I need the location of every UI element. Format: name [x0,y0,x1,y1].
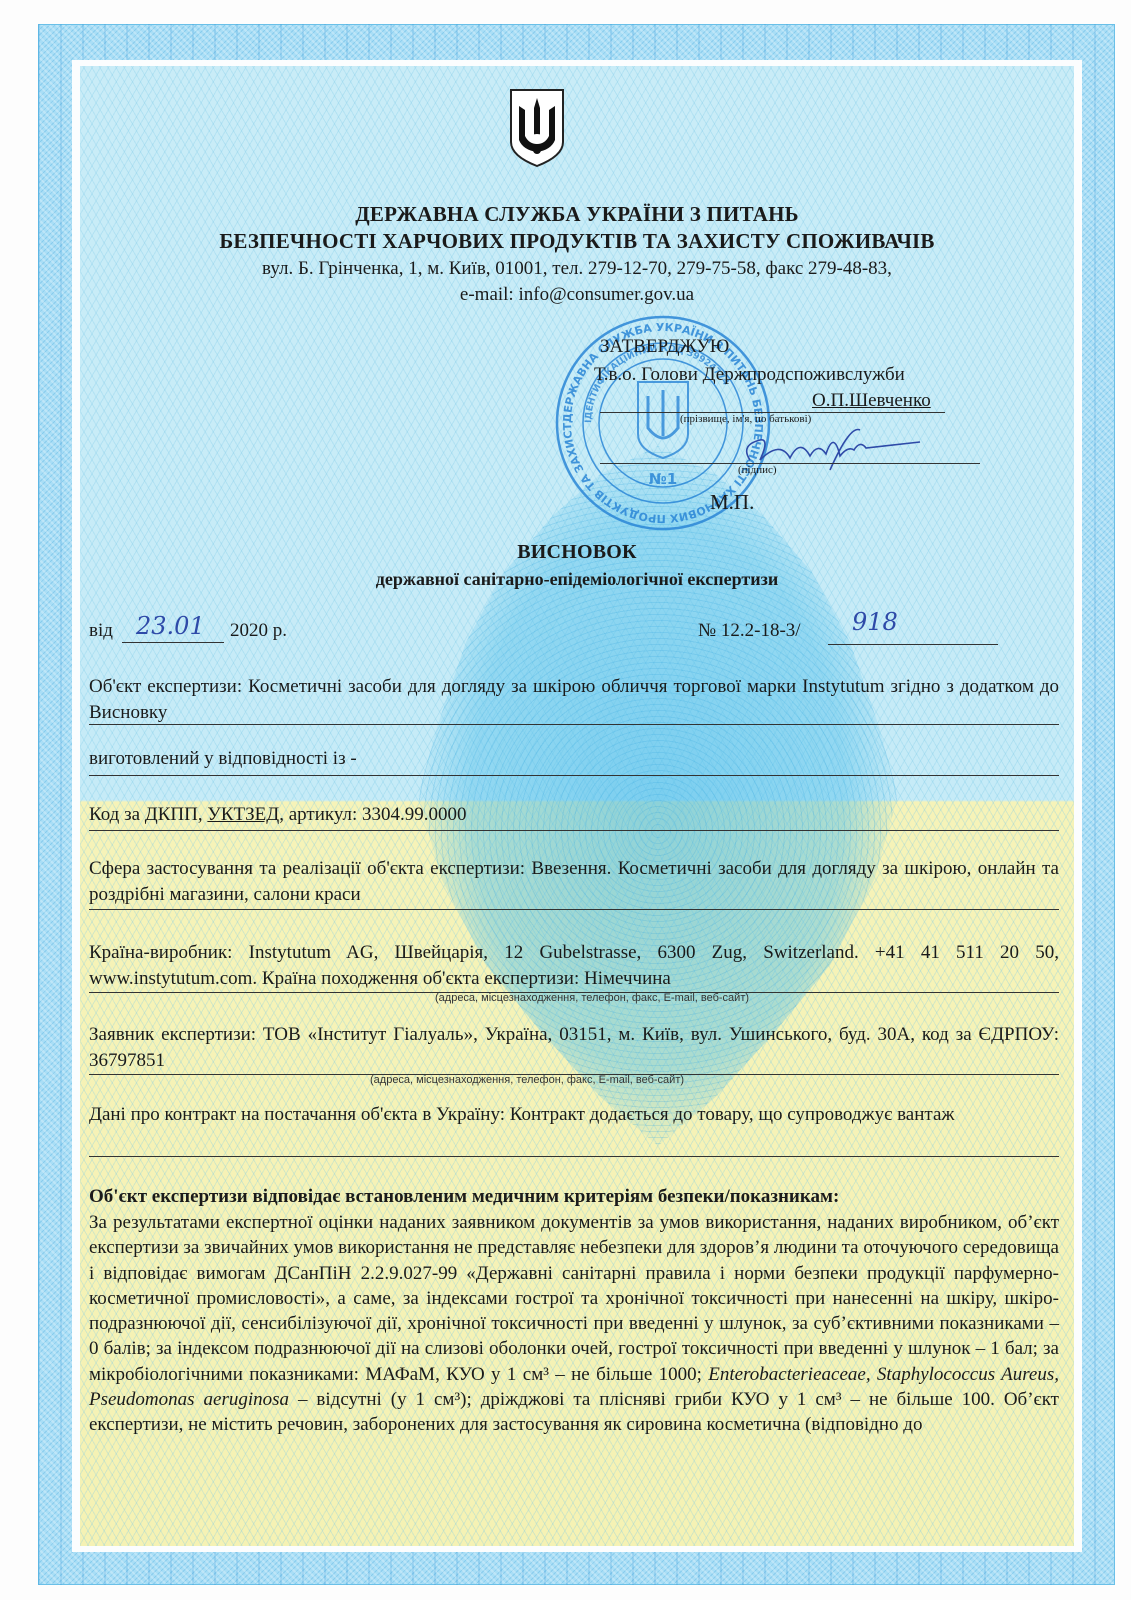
manufacturer-caption: (адреса, місцезнаходження, телефон, факс… [435,992,749,1004]
field-manufacturer: Країна-виробник: Instytutum AG, Швейцарі… [89,940,1059,992]
rule [89,1156,1059,1157]
seal-label: М.П. [710,490,754,515]
code-prefix: Код за ДКПП, [89,804,207,825]
field-object: Об'єкт експертизи: Косметичні засоби для… [89,674,1059,726]
rule [89,830,1059,831]
number-prefix: № 12.2-18-3/ [698,620,801,642]
org-name-line1: ДЕРЖАВНА СЛУЖБА УКРАЇНИ З ПИТАНЬ [80,202,1074,227]
rule [89,909,1059,910]
conclusion-heading: Об'єкт експертизи відповідає встановлени… [89,1186,839,1208]
number-handwritten: 918 [852,608,898,636]
field-code: Код за ДКПП, УКТЗЕД, артикул: 3304.99.00… [89,802,1059,828]
date-line [122,642,224,643]
rule [89,724,1059,725]
doc-title: ВИСНОВОК [80,541,1074,564]
approver-position: Т.в.о. Голови Держпродспоживслужби [594,364,905,386]
ukraine-trident-emblem-icon [507,86,567,170]
field-contract: Дані про контракт на постачання об'єкта … [89,1102,1059,1128]
approver-name: О.П.Шевченко [812,390,931,412]
date-prefix: від [89,620,113,642]
approve-label: ЗАТВЕРДЖУЮ [600,336,729,358]
doc-subtitle: державної санітарно-епідеміологічної екс… [80,569,1074,590]
rule [89,775,1059,776]
date-handwritten: 23.01 [136,612,205,640]
conclusion-text: За результатами експертної оцінки надани… [89,1212,1059,1385]
field-manufactured: виготовлений у відповідності із - [89,746,1059,772]
signature-caption: (підпис) [738,464,777,476]
org-name-line2: БЕЗПЕЧНОСТІ ХАРЧОВИХ ПРОДУКТІВ ТА ЗАХИСТ… [80,229,1074,254]
org-email: e-mail: info@consumer.gov.ua [80,284,1074,306]
field-applicant: Заявник експертизи: ТОВ «Інститут Гіалуа… [89,1022,1059,1074]
stamp-number: №1 [649,470,677,488]
org-address: вул. Б. Грінченка, 1, м. Київ, 01001, те… [80,258,1074,280]
number-line [828,644,998,645]
code-uktzed: УКТЗЕД [207,804,279,825]
date-suffix: 2020 р. [230,620,287,642]
field-scope: Сфера застосування та реалізації об'єкта… [89,856,1059,908]
conclusion-paragraph: За результатами експертної оцінки надани… [89,1210,1059,1438]
applicant-caption: (адреса, місцезнаходження, телефон, факс… [370,1074,684,1086]
code-suffix: , артикул: 3304.99.0000 [279,804,466,825]
signature-line [600,463,980,464]
